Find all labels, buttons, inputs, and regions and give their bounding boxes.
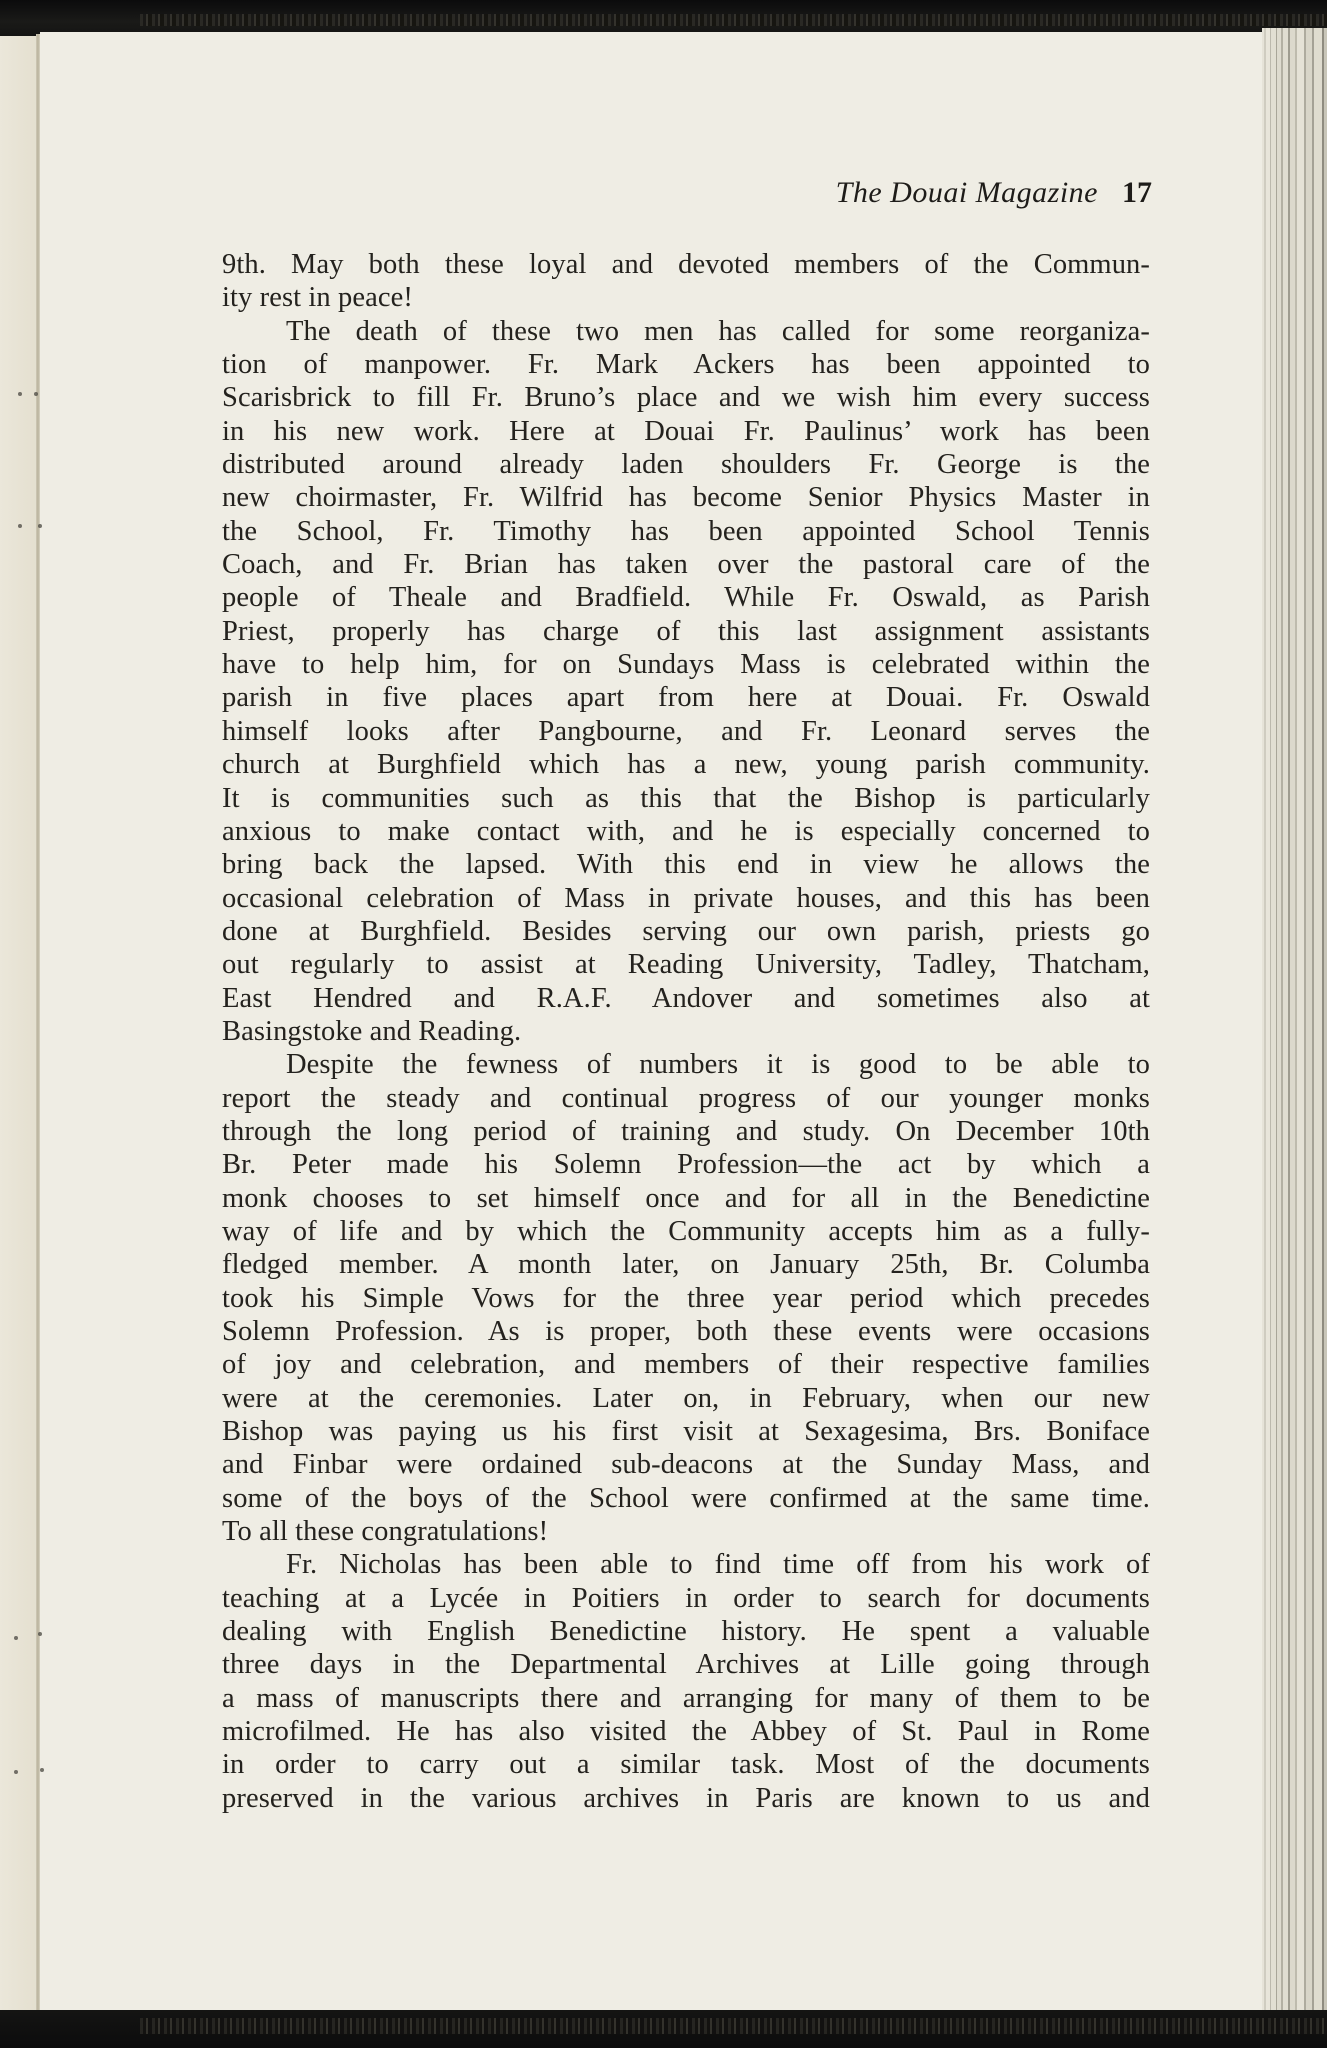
- text-line: some of the boys of the School were conf…: [222, 1482, 1150, 1515]
- text-line: bring back the lapsed. With this end in …: [222, 848, 1150, 881]
- text-line: out regularly to assist at Reading Unive…: [222, 948, 1150, 981]
- text-line: Basingstoke and Reading.: [222, 1015, 1150, 1048]
- margin-mark: [38, 1632, 42, 1636]
- text-line: people of Theale and Bradfield. While Fr…: [222, 581, 1150, 614]
- text-line: way of life and by which the Community a…: [222, 1215, 1150, 1248]
- stacked-page-edges: [1262, 28, 1327, 2012]
- text-line: East Hendred and R.A.F. Andover and some…: [222, 982, 1150, 1015]
- margin-mark: [14, 1636, 18, 1640]
- text-line: The death of these two men has called fo…: [222, 315, 1150, 348]
- margin-mark: [38, 524, 42, 528]
- text-line: Coach, and Fr. Brian has taken over the …: [222, 548, 1150, 581]
- running-header: The Douai Magazine 17: [780, 176, 1152, 210]
- margin-mark: [18, 524, 22, 528]
- text-line: parish in five places apart from here at…: [222, 681, 1150, 714]
- margin-mark: [18, 392, 22, 396]
- text-line: Fr. Nicholas has been able to find time …: [222, 1548, 1150, 1581]
- text-line: preserved in the various archives in Par…: [222, 1782, 1150, 1815]
- text-line: a mass of manuscripts there and arrangin…: [222, 1682, 1150, 1715]
- facing-page-edge: [0, 36, 38, 2010]
- article-body: 9th. May both these loyal and devoted me…: [222, 248, 1150, 1815]
- text-line: dealing with English Benedictine history…: [222, 1615, 1150, 1648]
- text-line: were at the ceremonies. Later on, in Feb…: [222, 1382, 1150, 1415]
- text-line: anxious to make contact with, and he is …: [222, 815, 1150, 848]
- text-line: tion of manpower. Fr. Mark Ackers has be…: [222, 348, 1150, 381]
- text-line: have to help him, for on Sundays Mass is…: [222, 648, 1150, 681]
- page-gutter: [36, 34, 40, 2012]
- margin-mark: [34, 392, 38, 396]
- text-line: church at Burghfield which has a new, yo…: [222, 748, 1150, 781]
- text-line: Bishop was paying us his first visit at …: [222, 1415, 1150, 1448]
- text-line: Priest, properly has charge of this last…: [222, 615, 1150, 648]
- text-line: report the steady and continual progress…: [222, 1082, 1150, 1115]
- running-title: The Douai Magazine: [836, 176, 1098, 210]
- text-line: three days in the Departmental Archives …: [222, 1648, 1150, 1681]
- text-line: It is communities such as this that the …: [222, 782, 1150, 815]
- text-line: teaching at a Lycée in Poitiers in order…: [222, 1582, 1150, 1615]
- text-line: 9th. May both these loyal and devoted me…: [222, 248, 1150, 281]
- text-line: distributed around already laden shoulde…: [222, 448, 1150, 481]
- text-line: in order to carry out a similar task. Mo…: [222, 1748, 1150, 1781]
- text-line: Br. Peter made his Solemn Profession—the…: [222, 1148, 1150, 1181]
- text-line: microfilmed. He has also visited the Abb…: [222, 1715, 1150, 1748]
- text-line: Solemn Profession. As is proper, both th…: [222, 1315, 1150, 1348]
- text-line: himself looks after Pangbourne, and Fr. …: [222, 715, 1150, 748]
- scan-background-top: [0, 0, 1327, 36]
- margin-mark: [40, 1768, 44, 1772]
- text-line: occasional celebration of Mass in privat…: [222, 882, 1150, 915]
- page-number: 17: [1122, 176, 1152, 210]
- scan-background-bottom: [0, 2010, 1327, 2048]
- text-line: done at Burghfield. Besides serving our …: [222, 915, 1150, 948]
- text-line: through the long period of training and …: [222, 1115, 1150, 1148]
- text-line: To all these congratulations!: [222, 1515, 1150, 1548]
- text-line: in his new work. Here at Douai Fr. Pauli…: [222, 415, 1150, 448]
- text-line: new choirmaster, Fr. Wilfrid has become …: [222, 481, 1150, 514]
- text-line: took his Simple Vows for the three year …: [222, 1282, 1150, 1315]
- text-line: of joy and celebration, and members of t…: [222, 1348, 1150, 1381]
- margin-mark: [14, 1770, 18, 1774]
- text-line: the School, Fr. Timothy has been appoint…: [222, 515, 1150, 548]
- text-line: Scarisbrick to fill Fr. Bruno’s place an…: [222, 381, 1150, 414]
- text-line: fledged member. A month later, on Januar…: [222, 1248, 1150, 1281]
- text-line: and Finbar were ordained sub-deacons at …: [222, 1448, 1150, 1481]
- text-line: ity rest in peace!: [222, 281, 1150, 314]
- text-line: Despite the fewness of numbers it is goo…: [222, 1048, 1150, 1081]
- text-line: monk chooses to set himself once and for…: [222, 1182, 1150, 1215]
